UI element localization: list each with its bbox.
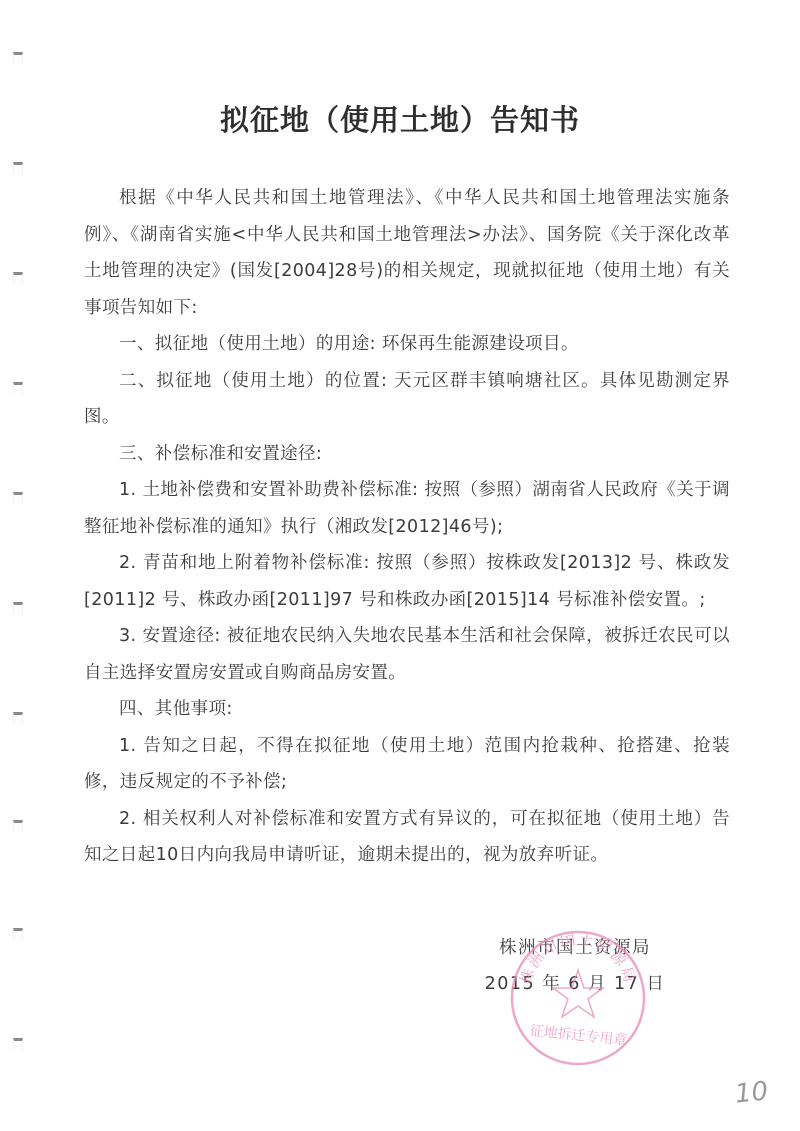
section-4-item-2: 2. 相关权利人对补偿标准和安置方式有异议的，可在拟征地（使用土地）告知之日起1… xyxy=(84,801,730,874)
section-3-item-1: 1. 土地补偿费和安置补助费补偿标准: 按照（参照）湖南省人民政府《关于调整征地… xyxy=(84,472,730,545)
document-body: 根据《中华人民共和国土地管理法》、《中华人民共和国土地管理法实施条例》、《湖南省… xyxy=(84,180,730,874)
binding-hole-mark xyxy=(13,820,23,832)
binding-hole-mark xyxy=(13,712,23,724)
signature-date: 2015 年 6 月 17 日 xyxy=(470,970,680,995)
section-3-item-2: 2. 青苗和地上附着物补偿标准: 按照（参照）按株政发[2013]2 号、株政发… xyxy=(84,545,730,618)
binding-hole-mark xyxy=(13,492,23,504)
document-title: 拟征地（使用土地）告知书 xyxy=(0,98,800,139)
handwritten-page-number: 10 xyxy=(734,1076,770,1109)
binding-hole-mark xyxy=(13,602,23,614)
stamp-bottom-text: 征地拆迁专用章 xyxy=(529,1022,628,1049)
section-1-purpose: 一、拟征地（使用土地）的用途: 环保再生能源建设项目。 xyxy=(84,326,730,363)
section-2-location: 二、拟征地（使用土地）的位置: 天元区群丰镇响塘社区。具体见勘测定界图。 xyxy=(84,363,730,436)
binding-hole-mark xyxy=(13,928,23,940)
intro-paragraph: 根据《中华人民共和国土地管理法》、《中华人民共和国土地管理法实施条例》、《湖南省… xyxy=(84,180,730,326)
binding-hole-mark xyxy=(13,52,23,64)
section-4-item-1: 1. 告知之日起，不得在拟征地（使用土地）范围内抢栽种、抢搭建、抢装修，违反规定… xyxy=(84,728,730,801)
section-4-heading: 四、其他事项: xyxy=(84,691,730,728)
signature-organization: 株洲市国土资源局 xyxy=(470,934,680,959)
document-page: 拟征地（使用土地）告知书 根据《中华人民共和国土地管理法》、《中华人民共和国土地… xyxy=(0,0,800,1131)
binding-hole-mark xyxy=(13,162,23,174)
section-3-heading: 三、补偿标准和安置途径: xyxy=(84,436,730,473)
binding-hole-mark xyxy=(13,272,23,284)
binding-hole-mark xyxy=(13,1038,23,1050)
binding-hole-mark xyxy=(13,382,23,394)
section-3-item-3: 3. 安置途径: 被征地农民纳入失地农民基本生活和社会保障，被拆迁农民可以自主选… xyxy=(84,618,730,691)
